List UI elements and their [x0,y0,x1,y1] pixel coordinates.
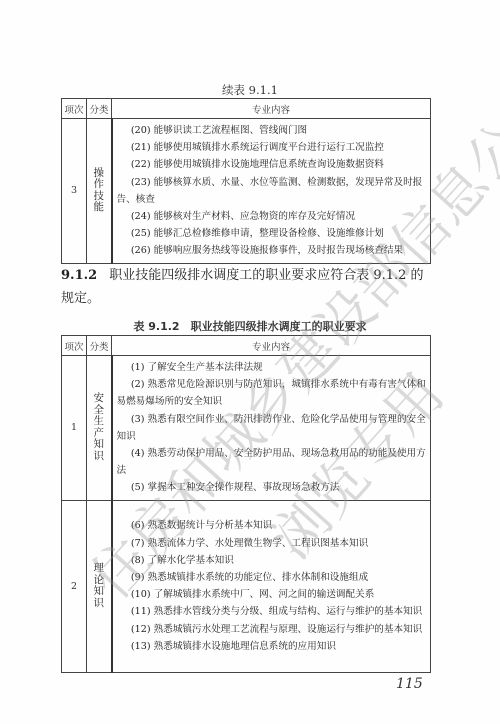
list-item: (26) 能够响应服务热线等设施报修事件，及时报告现场核查结果 [117,242,427,259]
page-number: 115 [396,676,423,692]
row-index: 2 [62,500,87,672]
table-row: 3 操作技能 (20) 能够识读工艺流程框图、管线阀门图 (21) 能够使用城镇… [62,119,431,264]
list-item: (4) 熟悉劳动保护用品、安全防护用品、现场急救用品的功能及使用方法 [117,445,427,479]
row-content: (20) 能够识读工艺流程框图、管线阀门图 (21) 能够使用城镇排水系统运行调… [112,119,431,264]
header-index: 项次 [62,336,87,356]
table-row: 1 安全生产知识 (1) 了解安全生产基本法律法规 (2) 熟悉常见危险源识别与… [62,356,431,501]
clause-text: 职业技能四级排水调度工的职业要求应符合表 9.1.2 的规定。 [61,268,424,306]
clause-number: 9.1.2 [61,268,97,283]
row-category: 安全生产知识 [87,356,112,501]
row-content: (6) 熟悉数据统计与分析基本知识 (7) 熟悉流体力学、水处理微生物学、工程识… [112,500,431,672]
list-item: (5) 掌握本工种安全操作规程、事故现场急救方法 [117,479,427,496]
row-index: 3 [62,119,87,264]
header-index: 项次 [62,99,87,119]
list-item: (12) 熟悉城镇污水处理工艺流程与原理、设施运行与维护的基本知识 [117,621,427,638]
list-item: (9) 熟悉城镇排水系统的功能定位、排水体制和设施组成 [117,569,427,586]
list-item: (21) 能够使用城镇排水系统运行调度平台进行运行工况监控 [117,139,427,156]
list-item: (10) 了解城镇排水系统中厂、网、河之间的输送调配关系 [117,586,427,603]
row-index: 1 [62,356,87,501]
list-item: (11) 熟悉排水管线分类与分级、组成与结构、运行与维护的基本知识 [117,603,427,620]
list-item: (1) 了解安全生产基本法律法规 [117,359,427,376]
header-content: 专业内容 [112,336,431,356]
table2-caption: 表 9.1.2 职业技能四级排水调度工的职业要求 [0,318,500,334]
row-category: 操作技能 [87,119,112,264]
header-category: 分类 [87,99,112,119]
table1-header-row: 项次 分类 专业内容 [62,99,431,119]
header-category: 分类 [87,336,112,356]
list-item: (2) 熟悉常见危险源识别与防范知识，城镇排水系统中有毒有害气体和易燃易爆场所的… [117,376,427,410]
table1-caption: 续表 9.1.1 [0,82,500,98]
table-row: 2 理论知识 (6) 熟悉数据统计与分析基本知识 (7) 熟悉流体力学、水处理微… [62,500,431,672]
list-item: (23) 能够核算水质、水量、水位等监测、检测数据，发现异常及时报告、核查 [117,174,427,208]
header-content: 专业内容 [112,99,431,119]
clause-paragraph: 9.1.2职业技能四级排水调度工的职业要求应符合表 9.1.2 的规定。 [61,264,433,310]
list-item: (6) 熟悉数据统计与分析基本知识 [117,517,427,534]
list-item: (13) 熟悉城镇排水设施地理信息系统的应用知识 [117,638,427,655]
row-category: 理论知识 [87,500,112,672]
list-item: (8) 了解水化学基本知识 [117,552,427,569]
list-item: (22) 能够使用城镇排水设施地理信息系统查询设施数据资料 [117,156,427,173]
list-item: (7) 熟悉流体力学、水处理微生物学、工程识图基本知识 [117,535,427,552]
list-item: (25) 能够汇总检修维修申请，整理设备检修、设施维修计划 [117,225,427,242]
table1: 项次 分类 专业内容 3 操作技能 (20) 能够识读工艺流程框图、管线阀门图 … [61,98,431,264]
list-item: (20) 能够识读工艺流程框图、管线阀门图 [117,122,427,139]
row-content: (1) 了解安全生产基本法律法规 (2) 熟悉常见危险源识别与防范知识，城镇排水… [112,356,431,501]
document-page: 续表 9.1.1 项次 分类 专业内容 3 操作技能 (20) 能够识读工艺流程… [0,0,500,724]
table2-header-row: 项次 分类 专业内容 [62,336,431,356]
list-item: (3) 熟悉有限空间作业、防汛排涝作业、危险化学品使用与管理的安全知识 [117,411,427,445]
list-item: (24) 能够核对生产材料、应急物资的库存及完好情况 [117,208,427,225]
table2: 项次 分类 专业内容 1 安全生产知识 (1) 了解安全生产基本法律法规 (2)… [61,335,431,673]
